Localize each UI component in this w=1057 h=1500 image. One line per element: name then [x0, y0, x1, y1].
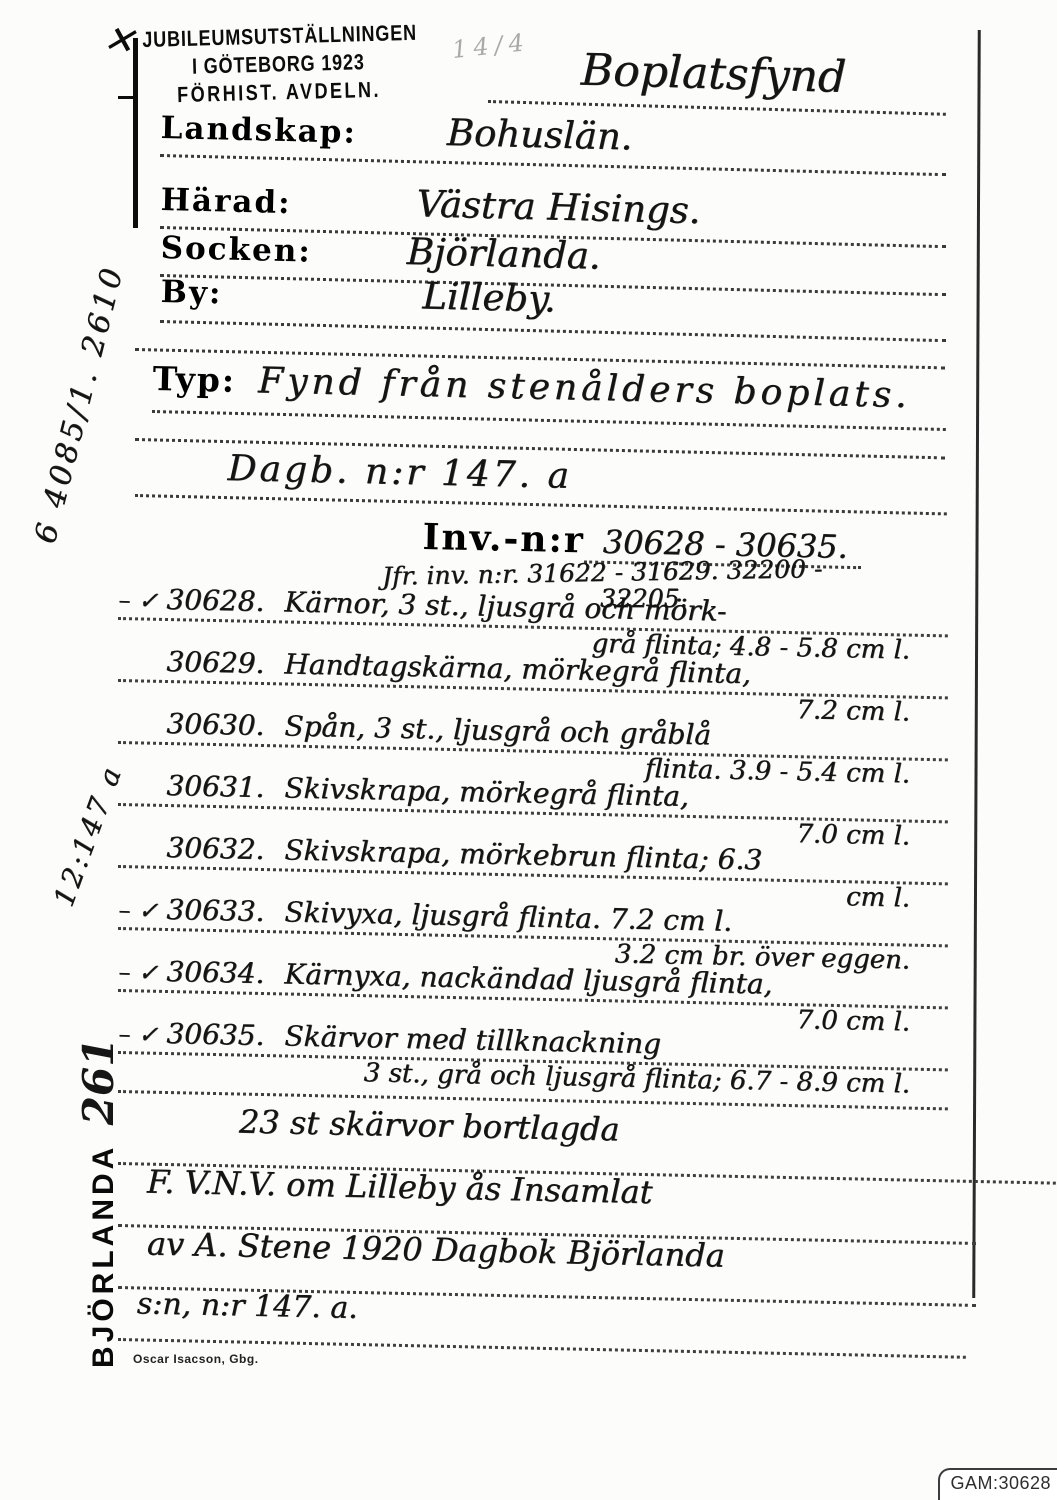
item-checkmark: – ✓: [118, 1019, 167, 1050]
left-margin-line: [133, 38, 138, 228]
field-row-landskap: Landskap: Bohuslän.: [160, 104, 947, 176]
item-checkmark: [118, 670, 166, 671]
field-label: Socken:: [160, 230, 312, 270]
category-title-row: Boplatsfynd: [488, 42, 948, 116]
find-item: – ✓ 30628. Kärnor, 3 st., ljusgrå och mö…: [118, 584, 948, 646]
category-title: Boplatsfynd: [488, 42, 846, 103]
printer-credit: Oscar Isacson, Gbg.: [133, 1352, 259, 1366]
item-number: 30635.: [166, 1019, 285, 1051]
dagbok-entry: Dagb. n:r 147. a: [135, 446, 572, 497]
field-label: By:: [160, 274, 223, 311]
margin-diagonal-note-2: 12:147 a: [47, 761, 129, 911]
item-number: 30634.: [166, 957, 285, 989]
typ-label: Typ:: [152, 359, 236, 400]
museum-stamp: JUBILEUMSUTSTÄLLNINGEN I GÖTEBORG 1923 F…: [142, 19, 415, 110]
parish-stamp-number: 261: [74, 1038, 123, 1126]
item-checkmark: [118, 732, 166, 733]
item-checkmark: [118, 794, 166, 795]
margin-diagonal-note-1: 6 4085/1. 2610: [28, 261, 131, 547]
item-number: 30628.: [166, 585, 285, 617]
field-label: Härad:: [160, 182, 292, 221]
field-label: Landskap:: [160, 110, 357, 151]
item-checkmark: – ✓: [118, 585, 167, 616]
inventory-label: Inv.-n:r: [422, 516, 585, 561]
left-margin-tick: [118, 96, 138, 99]
typ-value: Fynd från stenålders boplats.: [236, 360, 947, 417]
item-number: 30632.: [166, 833, 285, 865]
item-checkmark: [118, 856, 166, 857]
item-number: 30631.: [166, 771, 285, 803]
margin-vertical-stamp: BJÖRLANDA 261: [74, 1038, 123, 1368]
item-number: 30633.: [166, 895, 285, 927]
find-item-list: – ✓ 30628. Kärnor, 3 st., ljusgrå och mö…: [118, 584, 948, 1080]
item-number: 30630.: [166, 709, 285, 741]
item-number: 30629.: [166, 647, 285, 679]
item-checkmark: – ✓: [118, 957, 167, 988]
right-border-line: [972, 30, 981, 1298]
scanned-find-card: { "stamp": { "line1": "JUBILEUMSUTSTÄLLN…: [0, 0, 1057, 1500]
field-value: Bohuslän.: [356, 109, 947, 168]
parish-stamp-text: BJÖRLANDA: [87, 1144, 120, 1368]
item-checkmark: – ✓: [118, 895, 167, 926]
archive-badge: GAM:30628: [938, 1468, 1057, 1500]
